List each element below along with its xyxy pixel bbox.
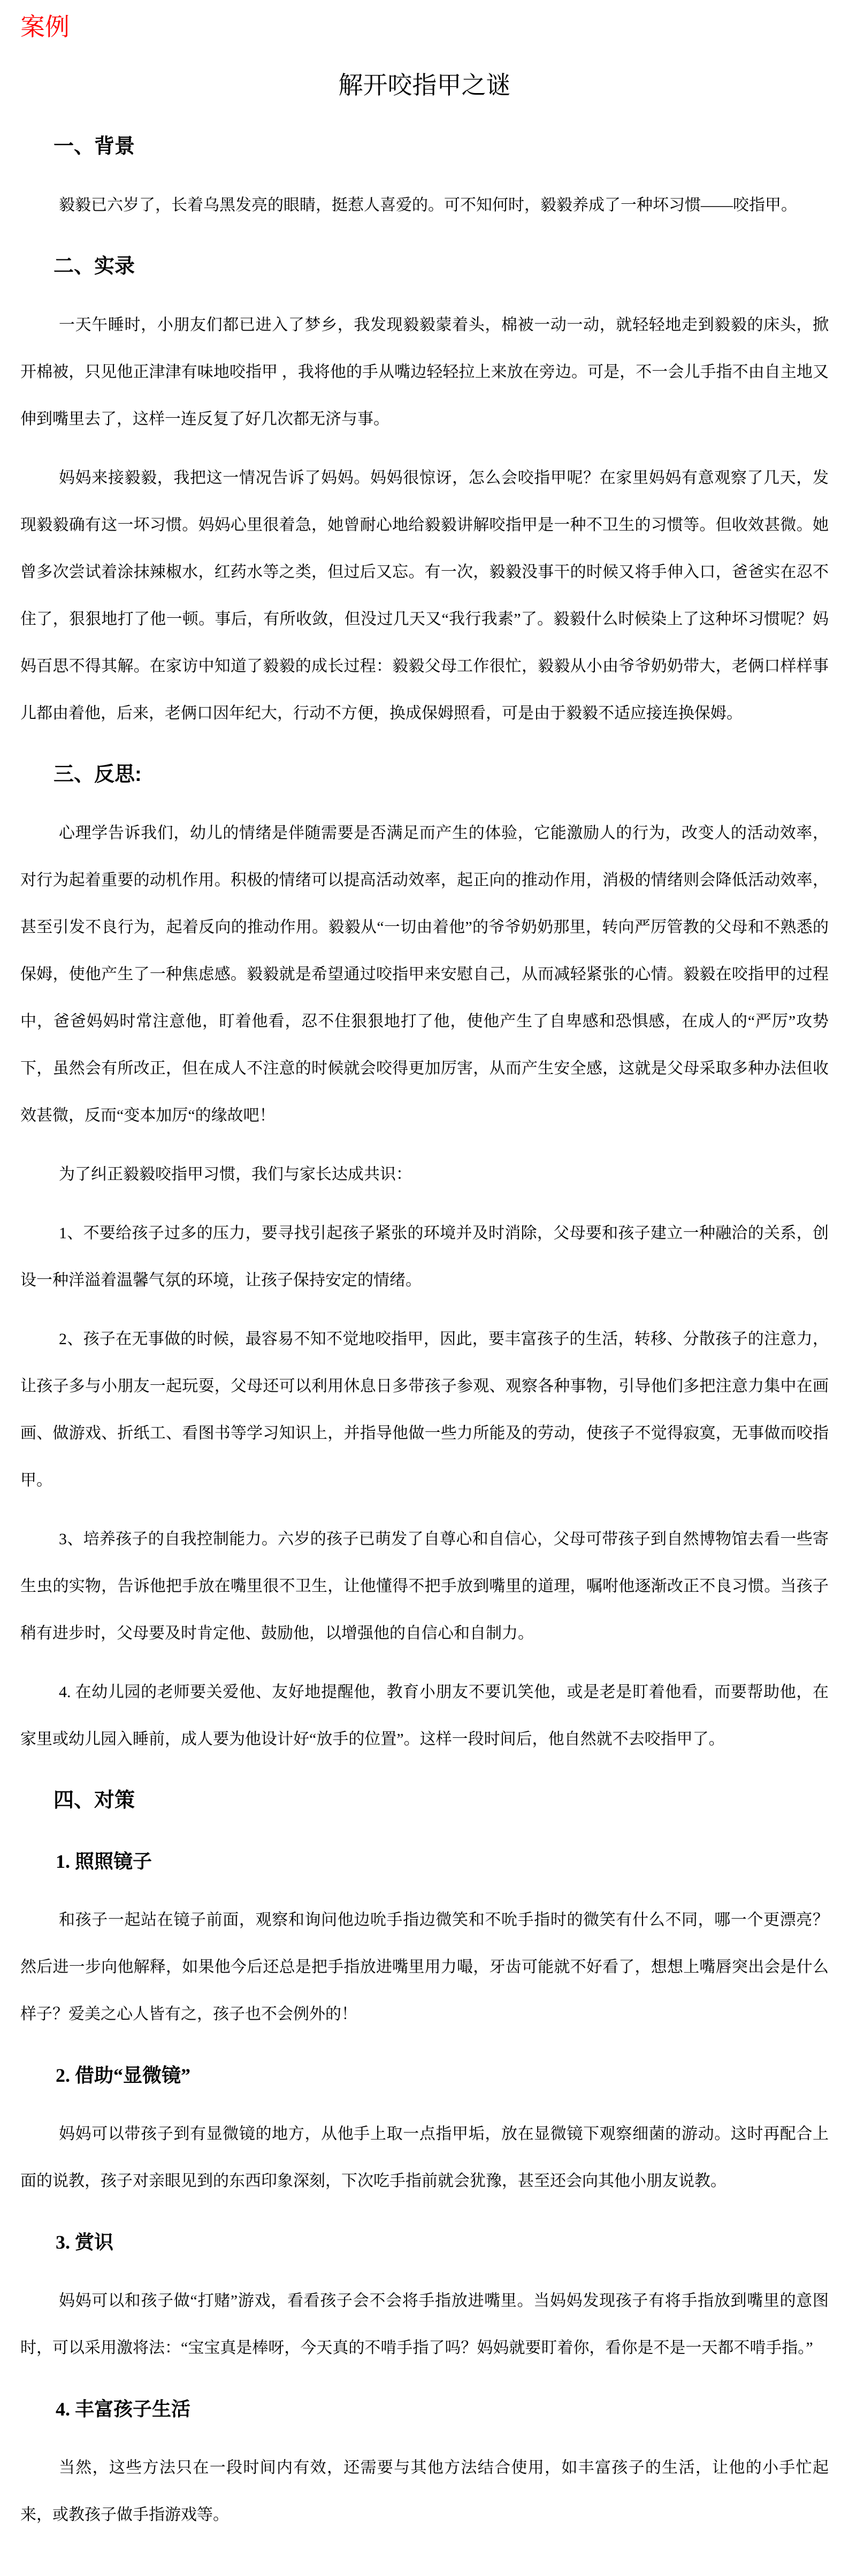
consensus-item-2: 2、孩子在无事做的时候，最容易不知不觉地咬指甲，因此，要丰富孩子的生活，转移、分… — [20, 1316, 829, 1504]
sub-heading-enrich-life: 4. 丰富孩子生活 — [20, 2386, 829, 2433]
sub-heading-microscope: 2. 借助“显微镜” — [20, 2052, 829, 2099]
consensus-item-4: 4. 在幼儿园的老师要关爱他、友好地提醒他，教育小朋友不要讥笑他，或是老是盯着他… — [20, 1669, 829, 1763]
record-paragraph-2: 妈妈来接毅毅，我把这一情况告诉了妈妈。妈妈很惊讶，怎么会咬指甲呢？在家里妈妈有意… — [20, 455, 829, 737]
section-heading-countermeasures: 四、对策 — [20, 1777, 829, 1824]
section-heading-record: 二、实录 — [20, 243, 829, 290]
microscope-paragraph: 妈妈可以带孩子到有显微镜的地方，从他手上取一点指甲垢，放在显微镜下观察细菌的游动… — [20, 2111, 829, 2205]
section-heading-background: 一、背景 — [20, 123, 829, 170]
enrich-life-paragraph: 当然，这些方法只在一段时间内有效，还需要与其他方法结合使用，如丰富孩子的生活，让… — [20, 2444, 829, 2539]
appreciation-paragraph: 妈妈可以和孩子做“打赌”游戏，看看孩子会不会将手指放进嘴里。当妈妈发现孩子有将手… — [20, 2278, 829, 2372]
reflection-paragraph-1: 心理学告诉我们，幼儿的情绪是伴随需要是否满足而产生的体验，它能激励人的行为，改变… — [20, 810, 829, 1139]
record-paragraph-1: 一天午睡时，小朋友们都已进入了梦乡，我发现毅毅蒙着头，棉被一动一动，就轻轻地走到… — [20, 302, 829, 443]
reflection-paragraph-2: 为了纠正毅毅咬指甲习惯，我们与家长达成共识： — [20, 1151, 829, 1198]
section-heading-reflection: 三、反思: — [20, 751, 829, 798]
consensus-item-1: 1、不要给孩子过多的压力，要寻找引起孩子紧张的环境并及时消除，父母要和孩子建立一… — [20, 1210, 829, 1304]
consensus-item-3: 3、培养孩子的自我控制能力。六岁的孩子已萌发了自尊心和自信心，父母可带孩子到自然… — [20, 1516, 829, 1657]
mirror-paragraph: 和孩子一起站在镜子前面，观察和询问他边吮手指边微笑和不吮手指时的微笑有什么不同，… — [20, 1897, 829, 2038]
case-label: 案例 — [20, 9, 829, 46]
document-page: 案例 解开咬指甲之谜 一、背景 毅毅已六岁了，长着乌黑发亮的眼睛，挺惹人喜爱的。… — [0, 0, 849, 2576]
page-title: 解开咬指甲之谜 — [20, 62, 829, 109]
background-paragraph: 毅毅已六岁了，长着乌黑发亮的眼睛，挺惹人喜爱的。可不知何时，毅毅养成了一种坏习惯… — [20, 182, 829, 229]
sub-heading-mirror: 1. 照照镜子 — [20, 1838, 829, 1885]
sub-heading-appreciation: 3. 赏识 — [20, 2219, 829, 2266]
